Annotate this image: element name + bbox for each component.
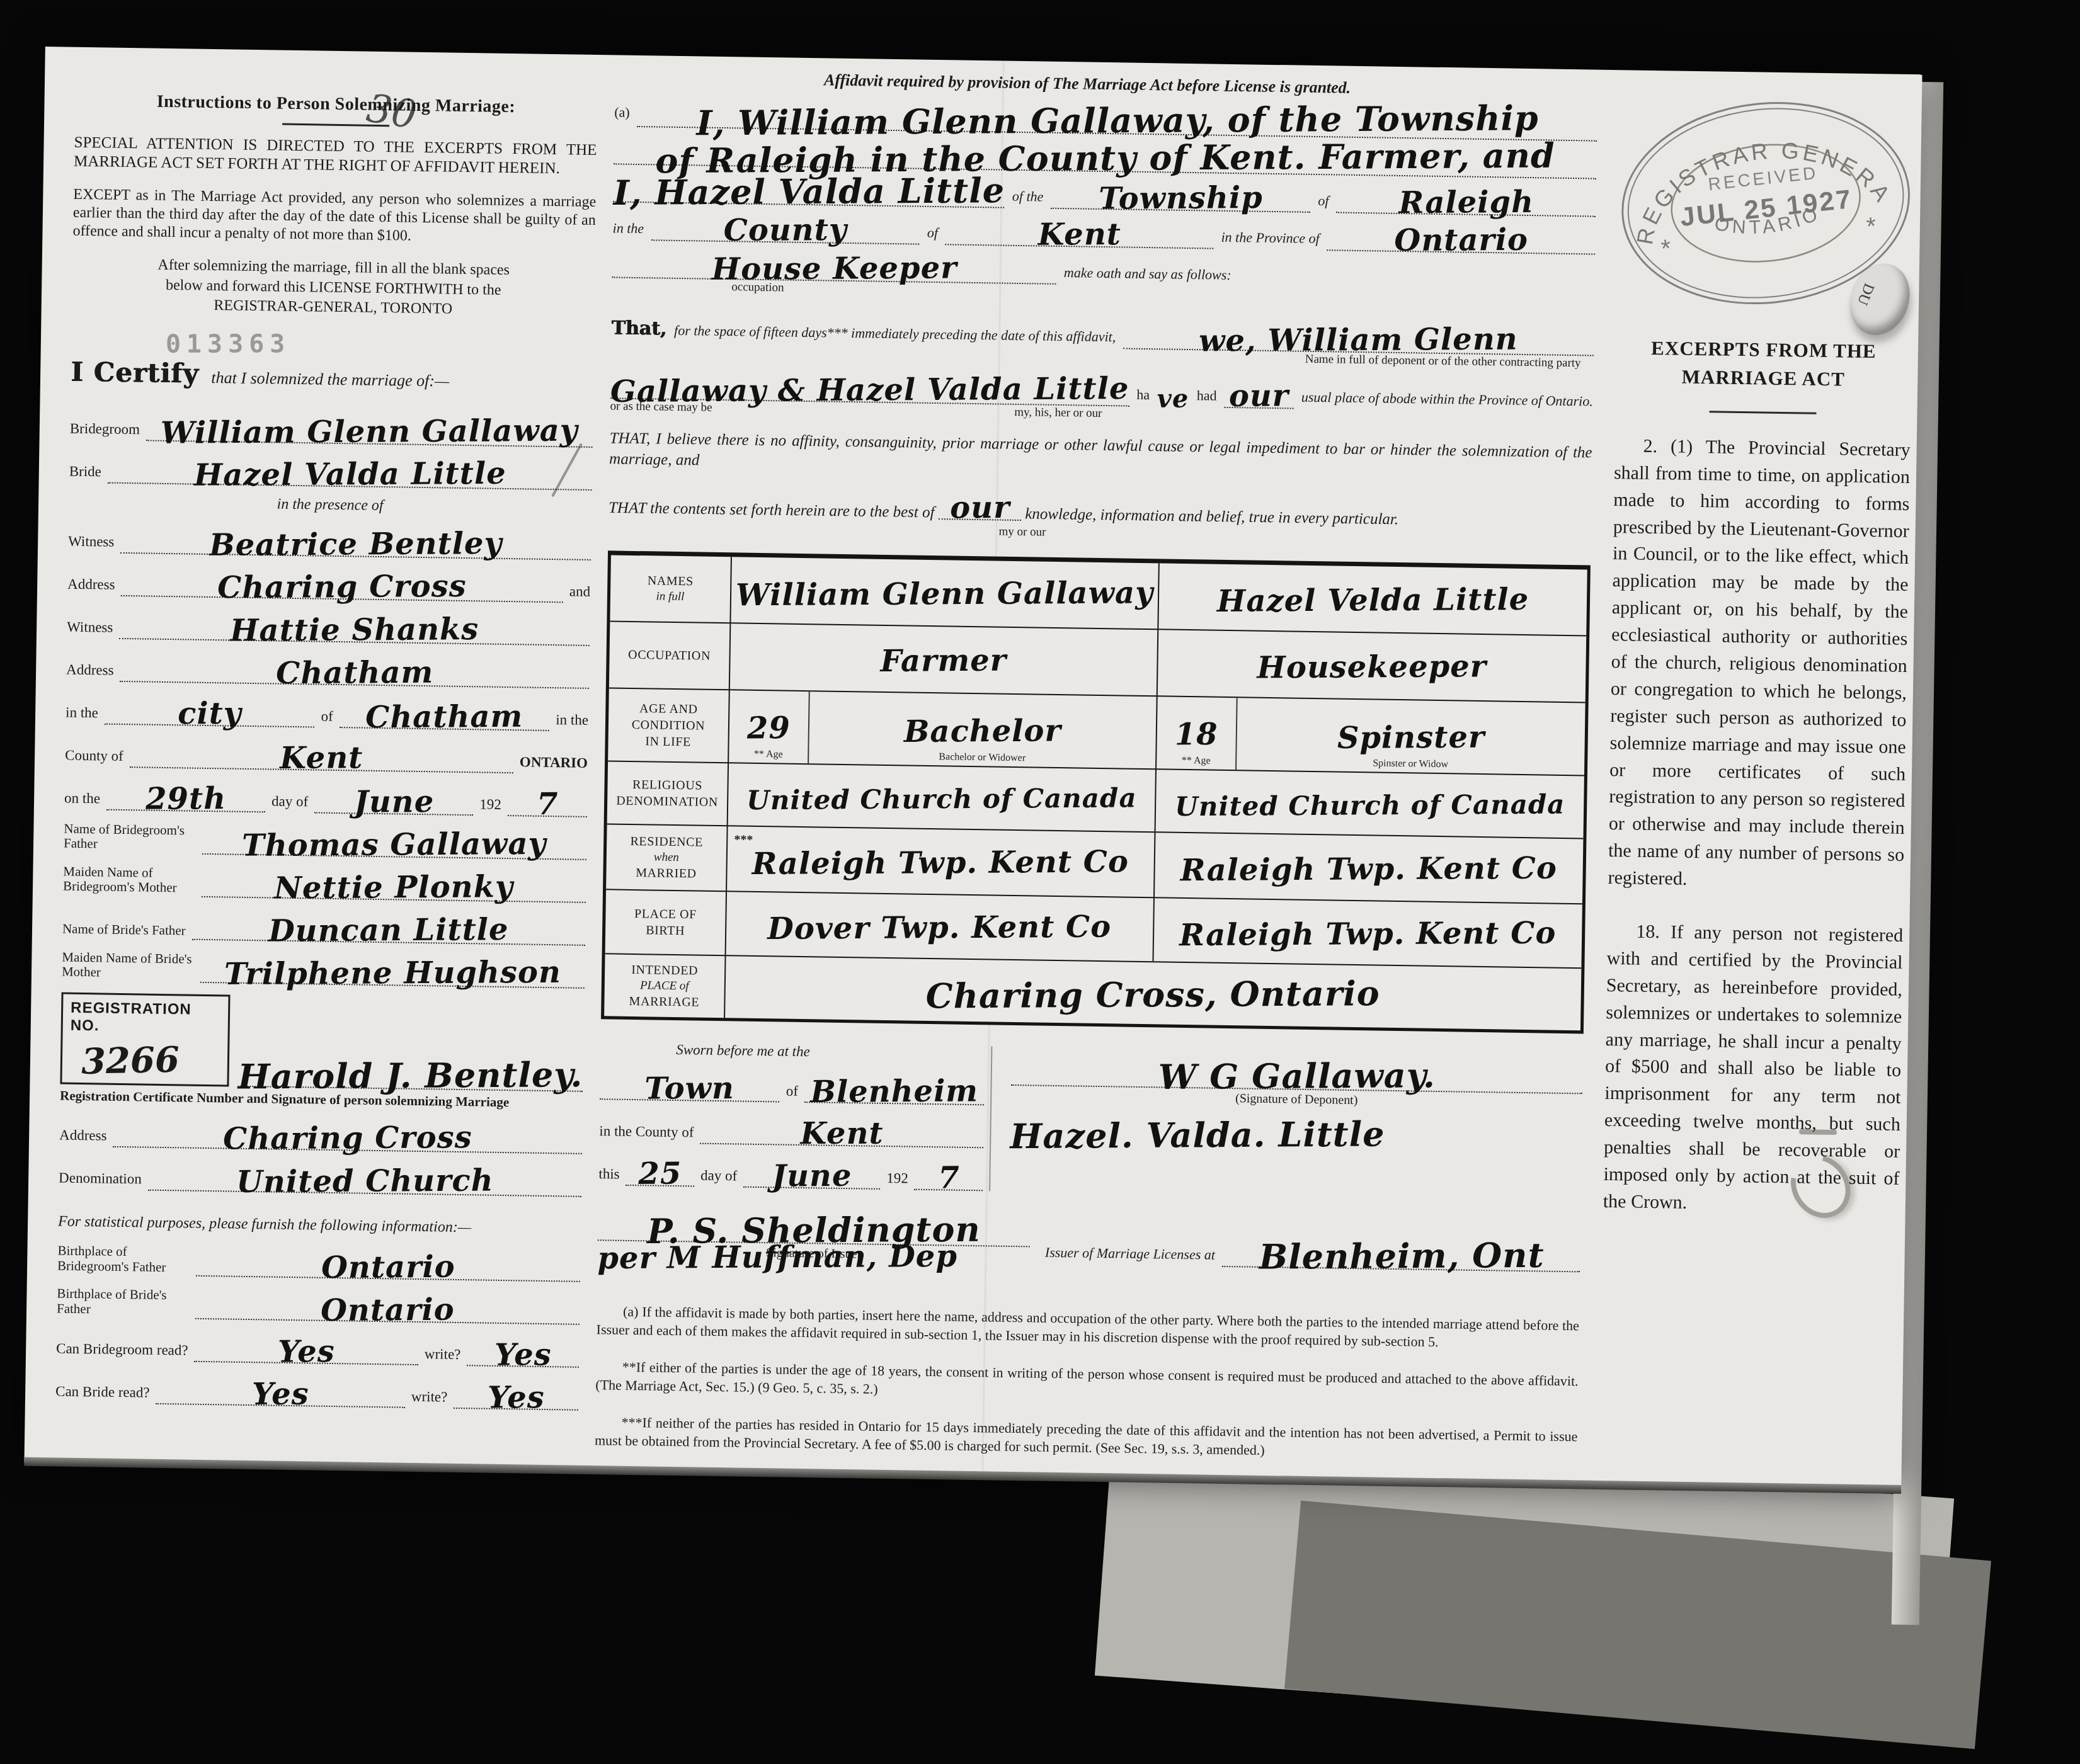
oath-printed: make oath and say as follows: — [1064, 265, 1231, 287]
witness1-line: Beatrice Bentley — [120, 520, 591, 560]
bride-write-label: write? — [411, 1389, 448, 1409]
that2-sub2: my, his, her or our — [1014, 406, 1102, 419]
bride-write-value: Yes — [488, 1384, 545, 1413]
that4-our-line: our — [939, 493, 1022, 521]
excerpt-para-2-1: 2. (1) The Provincial Secretary shall fr… — [1608, 433, 1911, 896]
excerpt-para-18: 18. If any person not registered with an… — [1603, 918, 1904, 1220]
birthplace-label-cell: PLACE OF BIRTH — [605, 889, 727, 955]
line4-printed-2: of — [927, 225, 939, 245]
sworn-year-hw: 7 — [938, 1164, 960, 1193]
issuer-at-line: Blenheim, Ont — [1223, 1233, 1580, 1272]
presence-text: in the presence of — [69, 493, 591, 518]
occupation-label-cell: OCCUPATION — [609, 620, 731, 689]
issuer-signature-2-wrap: per M Huffman, Dep — [597, 1241, 957, 1273]
that2-printed-ha: ha — [1136, 387, 1150, 407]
intended-label-1: INTENDED — [631, 962, 698, 979]
age-groom-value: 29 — [747, 714, 791, 743]
age-groom-wrap: 29 ** Age Bachelor Bachelor or Widower — [729, 690, 1157, 768]
age-groom-cell: 29 ** Age Bachelor Bachelor or Widower — [729, 689, 1158, 768]
witness2-value: Hattie Shanks — [230, 616, 479, 646]
inthe-label: in the — [66, 704, 98, 724]
birthplace-bride-cell: Raleigh Twp. Kent Co — [1153, 897, 1582, 967]
issuer-row: P. S. Sheldington Signature of Issuer pe… — [597, 1202, 1580, 1272]
birthplace-groom-value: Dover Twp. Kent Co — [768, 913, 1112, 944]
county-suffix: ONTARIO — [520, 754, 588, 775]
solemnizer-address-value: Charing Cross — [223, 1124, 472, 1154]
line3-township-hw: Township — [1099, 184, 1262, 213]
age-bride-value: 18 — [1175, 720, 1218, 749]
bride-value: Hazel Valda Little — [193, 460, 506, 491]
sworn-town-row: Town of Blenheim — [600, 1066, 985, 1105]
age-bride-wrap: 18 ** Age Spinster Spinster or Widow — [1157, 697, 1586, 775]
religion-label-2: DENOMINATION — [616, 793, 718, 811]
groom-write-value: Yes — [494, 1341, 552, 1370]
groom-write-line: Yes — [467, 1332, 579, 1368]
groom-read-value: Yes — [278, 1338, 335, 1367]
bride-mother-line: Trilphene Hughson — [200, 949, 585, 989]
witness2-label: Witness — [67, 618, 113, 639]
inthe-suffix: in the — [556, 712, 588, 732]
marriage-license-page: 30 DU Instructions to Person Solemnizing… — [24, 47, 1922, 1490]
intended-label-3: MARRIAGE — [629, 993, 700, 1011]
that2-our-hw: our — [1229, 382, 1289, 411]
residence-bride-value: Raleigh Twp. Kent Co — [1180, 855, 1558, 885]
sworn-left: Sworn before me at the Town of Blenheim … — [598, 1040, 985, 1191]
bride-mother-value: Trilphene Hughson — [224, 959, 561, 989]
bride-label: Bride — [69, 463, 102, 483]
bride-read-value: Yes — [252, 1380, 309, 1409]
bride-father-value: Duncan Little — [268, 916, 509, 946]
intended-place-value-cell: Charing Cross, Ontario — [725, 955, 1581, 1030]
year-printed: 192 — [479, 796, 501, 816]
address1-row: Address Charing Cross and — [67, 562, 591, 603]
sworn-dayof-label: day of — [700, 1167, 738, 1187]
age-bride-sub: ** Age — [1182, 755, 1211, 767]
bride-literacy-row: Can Bride read? Yes write? Yes — [55, 1369, 579, 1411]
that2-row: Gallaway & Hazel Valda Little ha ve had … — [610, 365, 1594, 413]
footnote-double-star: **If either of the parties is under the … — [595, 1357, 1579, 1408]
issuer-left: P. S. Sheldington Signature of Issuer pe… — [597, 1202, 1031, 1264]
excerpts-heading-line2: MARRIAGE ACT — [1615, 362, 1912, 395]
denomination-line: United Church — [148, 1157, 582, 1197]
groom-read-line: Yes — [194, 1328, 418, 1365]
age-label-2: CONDITION — [632, 717, 706, 734]
that2-our-line: our — [1224, 374, 1294, 409]
registration-number: 3266 — [81, 1038, 220, 1082]
groom-mother-value: Nettie Plonky — [274, 873, 513, 904]
groom-father-birthplace-label: Birthplace of Bridegroom's Father — [57, 1244, 190, 1277]
that1-name-hw: we, William Glenn — [1199, 326, 1518, 356]
excerpts-heading-line1: EXCERPTS FROM THE — [1616, 334, 1912, 367]
that4-our-hw: our — [950, 494, 1010, 523]
onthe-label: on the — [64, 790, 100, 810]
that2-names-hw: Gallaway & Hazel Valda Little — [610, 375, 1129, 407]
sworn-county-line: Kent — [700, 1110, 984, 1149]
denomination-value: United Church — [236, 1167, 494, 1197]
scanned-document-stage: 30 DU Instructions to Person Solemnizing… — [0, 0, 2080, 1764]
address1-value: Charing Cross — [217, 572, 467, 603]
year-value: 7 — [537, 790, 559, 819]
occupation-groom-cell: Farmer — [730, 622, 1158, 695]
occupation-hw: House Keeper — [711, 254, 957, 285]
footnote-triple-star: ***If neither of the parties has resided… — [595, 1413, 1578, 1464]
address1-line: Charing Cross — [121, 562, 563, 603]
groom-mother-label: Maiden Name of Bridegroom's Mother — [63, 865, 196, 897]
groom-father-value: Thomas Gallaway — [242, 830, 547, 861]
registration-title: REGISTRATION NO. — [71, 999, 221, 1037]
line4-printed-1: in the — [612, 220, 644, 241]
received-serial-stamp: 013363 — [166, 329, 594, 359]
divider — [282, 123, 389, 127]
sworn-town-of: of — [786, 1083, 799, 1103]
statistical-intro: For statistical purposes, please furnish… — [58, 1212, 581, 1239]
groom-father-label: Name of Bridegroom's Father — [64, 822, 197, 855]
address2-value: Chatham — [276, 659, 433, 688]
intended-place-value: Charing Cross, Ontario — [926, 977, 1380, 1013]
condition-groom-area: Bachelor Bachelor or Widower — [809, 691, 1157, 768]
condition-groom-sub: Bachelor or Widower — [939, 751, 1026, 764]
witness1-value: Beatrice Bentley — [209, 530, 503, 560]
that2-ve-hw: ve — [1157, 387, 1189, 411]
month-line: June — [314, 779, 474, 816]
witness1-label: Witness — [68, 533, 115, 553]
registration-row: REGISTRATION NO. 3266 Harold J. Bentley. — [60, 993, 584, 1092]
issuer-at-hw: Blenheim, Ont — [1259, 1239, 1544, 1273]
that4-printed-2: knowledge, information and belief, true … — [1025, 506, 1398, 528]
age-label-cell: AGE AND CONDITION IN LIFE — [608, 687, 730, 762]
sworn-county-hw: Kent — [800, 1120, 884, 1149]
certify-line: I Certify that I solemnized the marriage… — [71, 356, 594, 395]
sworn-right: W G Gallaway. (Signature of Deponent) Ha… — [989, 1046, 1583, 1200]
deponent2-name-line: I, Hazel Valda Little — [613, 168, 1005, 208]
bride-father-label: Name of Bride's Father — [62, 922, 186, 940]
address2-label: Address — [66, 661, 114, 681]
instructions-column: Instructions to Person Solemnizing Marri… — [55, 90, 598, 1411]
instructions-heading: Instructions to Person Solemnizing Marri… — [74, 90, 597, 119]
names-groom-value: William Glenn Gallaway — [736, 579, 1153, 610]
groom-literacy-row: Can Bridegroom read? Yes write? Yes — [56, 1326, 580, 1368]
occupation-line: House Keeper — [612, 244, 1056, 284]
residence-label-1: RESIDENCE — [630, 833, 703, 850]
groom-father-row: Name of Bridegroom's Father Thomas Galla… — [64, 819, 587, 860]
denomination-label: Denomination — [59, 1169, 142, 1190]
birthplace-label-2: BIRTH — [646, 922, 685, 939]
bridegroom-label: Bridegroom — [70, 420, 140, 441]
names-label-cell: NAMES in full — [610, 555, 732, 622]
bride-mother-label: Maiden Name of Bride's Mother — [62, 950, 195, 982]
sworn-this-label: this — [598, 1166, 620, 1186]
line3-raleigh-line: Raleigh — [1336, 179, 1596, 217]
day-line: 29th — [106, 777, 266, 813]
bride-father-birthplace-row: Birthplace of Bride's Father Ontario — [57, 1283, 580, 1325]
residence-label-2: when — [654, 850, 679, 865]
that-word: That, — [611, 317, 666, 342]
age-bride-cell: 18 ** Age Spinster Spinster or Widow — [1157, 695, 1586, 775]
excerpts-heading: EXCERPTS FROM THE MARRIAGE ACT — [1615, 334, 1912, 395]
names-bride-cell: Hazel Velda Little — [1158, 563, 1587, 635]
sworn-year-printed: 192 — [886, 1170, 908, 1190]
certify-rest: that I solemnized the marriage of:— — [211, 368, 449, 391]
registrar-general-stamp: REGISTRAR GENERAL ONTARIO RECEIVED JUL 2… — [1607, 81, 1924, 328]
condition-bride-value: Spinster — [1337, 724, 1485, 753]
religion-bride-cell: United Church of Canada — [1156, 768, 1584, 838]
religion-bride-value: United Church of Canada — [1175, 792, 1565, 819]
witness2-row: Witness Hattie Shanks — [67, 605, 590, 646]
religion-label-cell: RELIGIOUS DENOMINATION — [607, 760, 729, 825]
names-groom-cell: William Glenn Gallaway — [731, 557, 1159, 629]
bride-row: Bride Hazel Valda Little — [69, 449, 593, 491]
certify-word: I Certify — [71, 356, 199, 389]
religion-groom-cell: United Church of Canada — [728, 762, 1157, 831]
issuer-at-label: Issuer of Marriage Licenses at — [1045, 1244, 1216, 1267]
municipality-type-line: city — [105, 690, 315, 727]
groom-father-birthplace-value: Ontario — [321, 1253, 455, 1282]
line4-ontario-hw: Ontario — [1394, 226, 1528, 256]
solemnizer-signature: Harold J. Bentley. — [238, 1059, 583, 1093]
groom-father-birthplace-line: Ontario — [196, 1243, 581, 1282]
line3-printed-2: of — [1318, 193, 1329, 213]
municipality-type-value: city — [178, 700, 242, 729]
that4-printed-1: THAT the contents set forth herein are t… — [609, 499, 935, 521]
year-line: 7 — [508, 782, 588, 817]
religion-groom-value: United Church of Canada — [746, 785, 1136, 813]
affidavit-column: Affidavit required by provision of The M… — [595, 67, 1598, 1477]
sworn-county-label: in the County of — [599, 1123, 694, 1144]
sworn-intro: Sworn before me at the — [676, 1042, 985, 1062]
bridegroom-row: Bridegroom William Glenn Gallaway — [70, 406, 593, 448]
instructions-para-2: EXCEPT as in The Marriage Act provided, … — [72, 185, 596, 248]
residence-label-cell: RESIDENCE when MARRIED — [606, 823, 728, 891]
solemnizer-address-label: Address — [59, 1127, 107, 1147]
sworn-county-row: in the County of Kent — [599, 1108, 984, 1148]
witness1-row: Witness Beatrice Bentley — [68, 519, 591, 560]
birthplace-bride-value: Raleigh Twp. Kent Co — [1179, 919, 1557, 950]
religion-label-1: RELIGIOUS — [632, 777, 702, 794]
divider — [1710, 411, 1817, 414]
municipality-name-line: Chatham — [339, 694, 549, 731]
that4-sub: my or our — [998, 525, 1046, 538]
marriage-details-table: NAMES in full William Glenn Gallaway Haz… — [601, 550, 1591, 1033]
birthplace-groom-cell: Dover Twp. Kent Co — [726, 891, 1155, 961]
inthe-mid: of — [321, 708, 333, 728]
that2-printed-had: had — [1197, 387, 1217, 407]
address1-suffix: and — [569, 583, 591, 603]
groom-write-label: write? — [425, 1346, 461, 1366]
solemnizer-address-line: Charing Cross — [113, 1113, 582, 1154]
issuer-right: Issuer of Marriage Licenses at Blenheim,… — [1045, 1231, 1580, 1273]
occupation-label: OCCUPATION — [628, 647, 711, 664]
sworn-month-hw: June — [772, 1162, 852, 1191]
residence-groom-value: Raleigh Twp. Kent Co — [752, 848, 1129, 879]
age-label-3: IN LIFE — [645, 733, 691, 750]
deponent-signature-line: W G Gallaway. — [1011, 1047, 1584, 1094]
stamp-star-right: * — [1865, 212, 1878, 241]
bride-father-row: Name of Bride's Father Duncan Little — [62, 904, 586, 946]
occupation-bride-cell: Housekeeper — [1158, 629, 1586, 702]
municipality-row: in the city of Chatham in the — [66, 690, 589, 732]
county-value: Kent — [280, 744, 363, 773]
line4-ontario-line: Ontario — [1327, 217, 1596, 254]
sworn-date-row: this 25 day of June 192 7 — [598, 1151, 983, 1191]
bride-read-label: Can Bride read? — [55, 1383, 150, 1404]
deponent-signature-1: W G Gallaway. — [1158, 1059, 1436, 1093]
day-value: 29th — [146, 785, 226, 814]
names-bride-value: Hazel Velda Little — [1217, 586, 1529, 617]
that3-line1: THAT, I believe there is no affinity, co… — [610, 430, 1457, 459]
condition-groom-value: Bachelor — [904, 717, 1061, 747]
excerpts-column: REGISTRAR GENERAL ONTARIO RECEIVED JUL 2… — [1603, 88, 1916, 1246]
deponent-signature-2-wrap: Hazel. Valda. Little — [1010, 1117, 1582, 1156]
municipality-name-value: Chatham — [365, 703, 523, 732]
solemnizer-address-row: Address Charing Cross — [59, 1112, 583, 1154]
age-label-1: AGE AND — [639, 700, 698, 717]
sworn-day-hw: 25 — [638, 1160, 682, 1189]
names-label-2: in full — [656, 589, 684, 605]
dayof-label: day of — [271, 793, 309, 813]
deponent-signature-2: Hazel. Valda. Little — [1010, 1118, 1385, 1152]
month-value: June — [354, 788, 434, 817]
marriage-date-row: on the 29th day of June 192 7 — [64, 776, 588, 817]
county-line: Kent — [130, 734, 514, 773]
names-label-1: NAMES — [648, 572, 694, 589]
a-marker: (a) — [614, 104, 630, 127]
sworn-town-hw: Town — [645, 1074, 735, 1103]
instructions-para-1: SPECIAL ATTENTION IS DIRECTED TO THE EXC… — [74, 133, 597, 179]
line4-county-hw: County — [724, 216, 847, 246]
that1-name-line: we, William Glenn — [1123, 315, 1594, 356]
issuer-signature-2: per M Huffman, Dep — [597, 1243, 957, 1273]
intended-place-label-cell: INTENDED PLACE of MARRIAGE — [604, 953, 726, 1018]
that3-para: THAT, I believe there is no affinity, co… — [609, 428, 1592, 484]
bridegroom-value: William Glenn Gallaway — [161, 417, 578, 448]
bride-father-birthplace-label: Birthplace of Bride's Father — [57, 1287, 190, 1319]
footnote-a: (a) If the affidavit is made by both par… — [597, 1302, 1580, 1353]
sworn-year-line: 7 — [915, 1156, 983, 1192]
sworn-day-line: 25 — [626, 1152, 694, 1187]
deponent2-name-hw: I, Hazel Valda Little — [613, 174, 1005, 209]
line4-printed-3: in the Province of — [1221, 229, 1320, 251]
groom-read-label: Can Bridegroom read? — [56, 1340, 188, 1362]
condition-bride-sub: Spinster or Widow — [1373, 758, 1448, 770]
residence-bride-cell: Raleigh Twp. Kent Co — [1155, 831, 1583, 903]
occupation-groom-value: Farmer — [881, 647, 1007, 676]
sworn-town-line: Town — [600, 1066, 780, 1102]
groom-mother-line: Nettie Plonky — [202, 863, 586, 903]
groom-mother-row: Maiden Name of Bridegroom's Mother Netti… — [63, 862, 586, 903]
line4-kent-line: Kent — [946, 211, 1214, 249]
bridegroom-line: William Glenn Gallaway — [146, 407, 593, 448]
witness2-line: Hattie Shanks — [119, 605, 590, 646]
residence-label-3: MARRIED — [636, 865, 697, 882]
age-groom-box: 29 ** Age — [729, 690, 810, 763]
bride-father-birthplace-line: Ontario — [195, 1285, 580, 1325]
solemnizer-signature-line: Harold J. Bentley. — [238, 1053, 583, 1092]
bride-read-line: Yes — [156, 1370, 405, 1408]
address1-label: Address — [67, 576, 115, 596]
stamp-star-left: * — [1660, 234, 1672, 263]
address2-row: Address Chatham — [66, 647, 590, 689]
sworn-month-line: June — [743, 1154, 881, 1190]
age-groom-sub: ** Age — [754, 749, 783, 761]
line3-raleigh-hw: Raleigh — [1398, 188, 1534, 218]
occupation-bride-value: Housekeeper — [1257, 652, 1487, 683]
bride-write-line: Yes — [454, 1375, 578, 1411]
that2-names-line: Gallaway & Hazel Valda Little — [610, 365, 1129, 406]
bride-mother-row: Maiden Name of Bride's Mother Trilphene … — [62, 947, 585, 989]
condition-bride-area: Spinster Spinster or Widow — [1237, 698, 1586, 775]
bride-father-line: Duncan Little — [191, 906, 585, 946]
that2-printed-rest: usual place of abode within the Province… — [1301, 389, 1593, 414]
sworn-section: Sworn before me at the Town of Blenheim … — [598, 1040, 1583, 1200]
denomination-row: Denomination United Church — [59, 1155, 582, 1197]
registration-box: REGISTRATION NO. 3266 — [60, 993, 231, 1087]
residence-marker: *** — [734, 833, 753, 847]
groom-father-line: Thomas Gallaway — [202, 821, 587, 860]
line4-kent-hw: Kent — [1037, 220, 1121, 249]
address2-line: Chatham — [120, 648, 589, 689]
county-row: County of Kent ONTARIO — [65, 733, 588, 775]
intended-label-2: PLACE of — [640, 978, 689, 994]
line3-printed-1: of the — [1012, 188, 1044, 209]
bride-father-birthplace-value: Ontario — [321, 1295, 455, 1325]
age-bride-box: 18 ** Age — [1157, 697, 1238, 770]
sworn-place-hw: Blenheim — [810, 1078, 978, 1107]
birthplace-label-1: PLACE OF — [634, 906, 697, 923]
groom-father-birthplace-row: Birthplace of Bridegroom's Father Ontari… — [57, 1241, 581, 1282]
county-label: County of — [65, 747, 123, 768]
line4-county-line: County — [651, 207, 920, 244]
sworn-place-line: Blenheim — [804, 1069, 985, 1105]
line3-township-line: Township — [1051, 175, 1311, 213]
bride-line: Hazel Valda Little — [108, 450, 593, 491]
residence-groom-cell: *** Raleigh Twp. Kent Co — [727, 825, 1155, 897]
